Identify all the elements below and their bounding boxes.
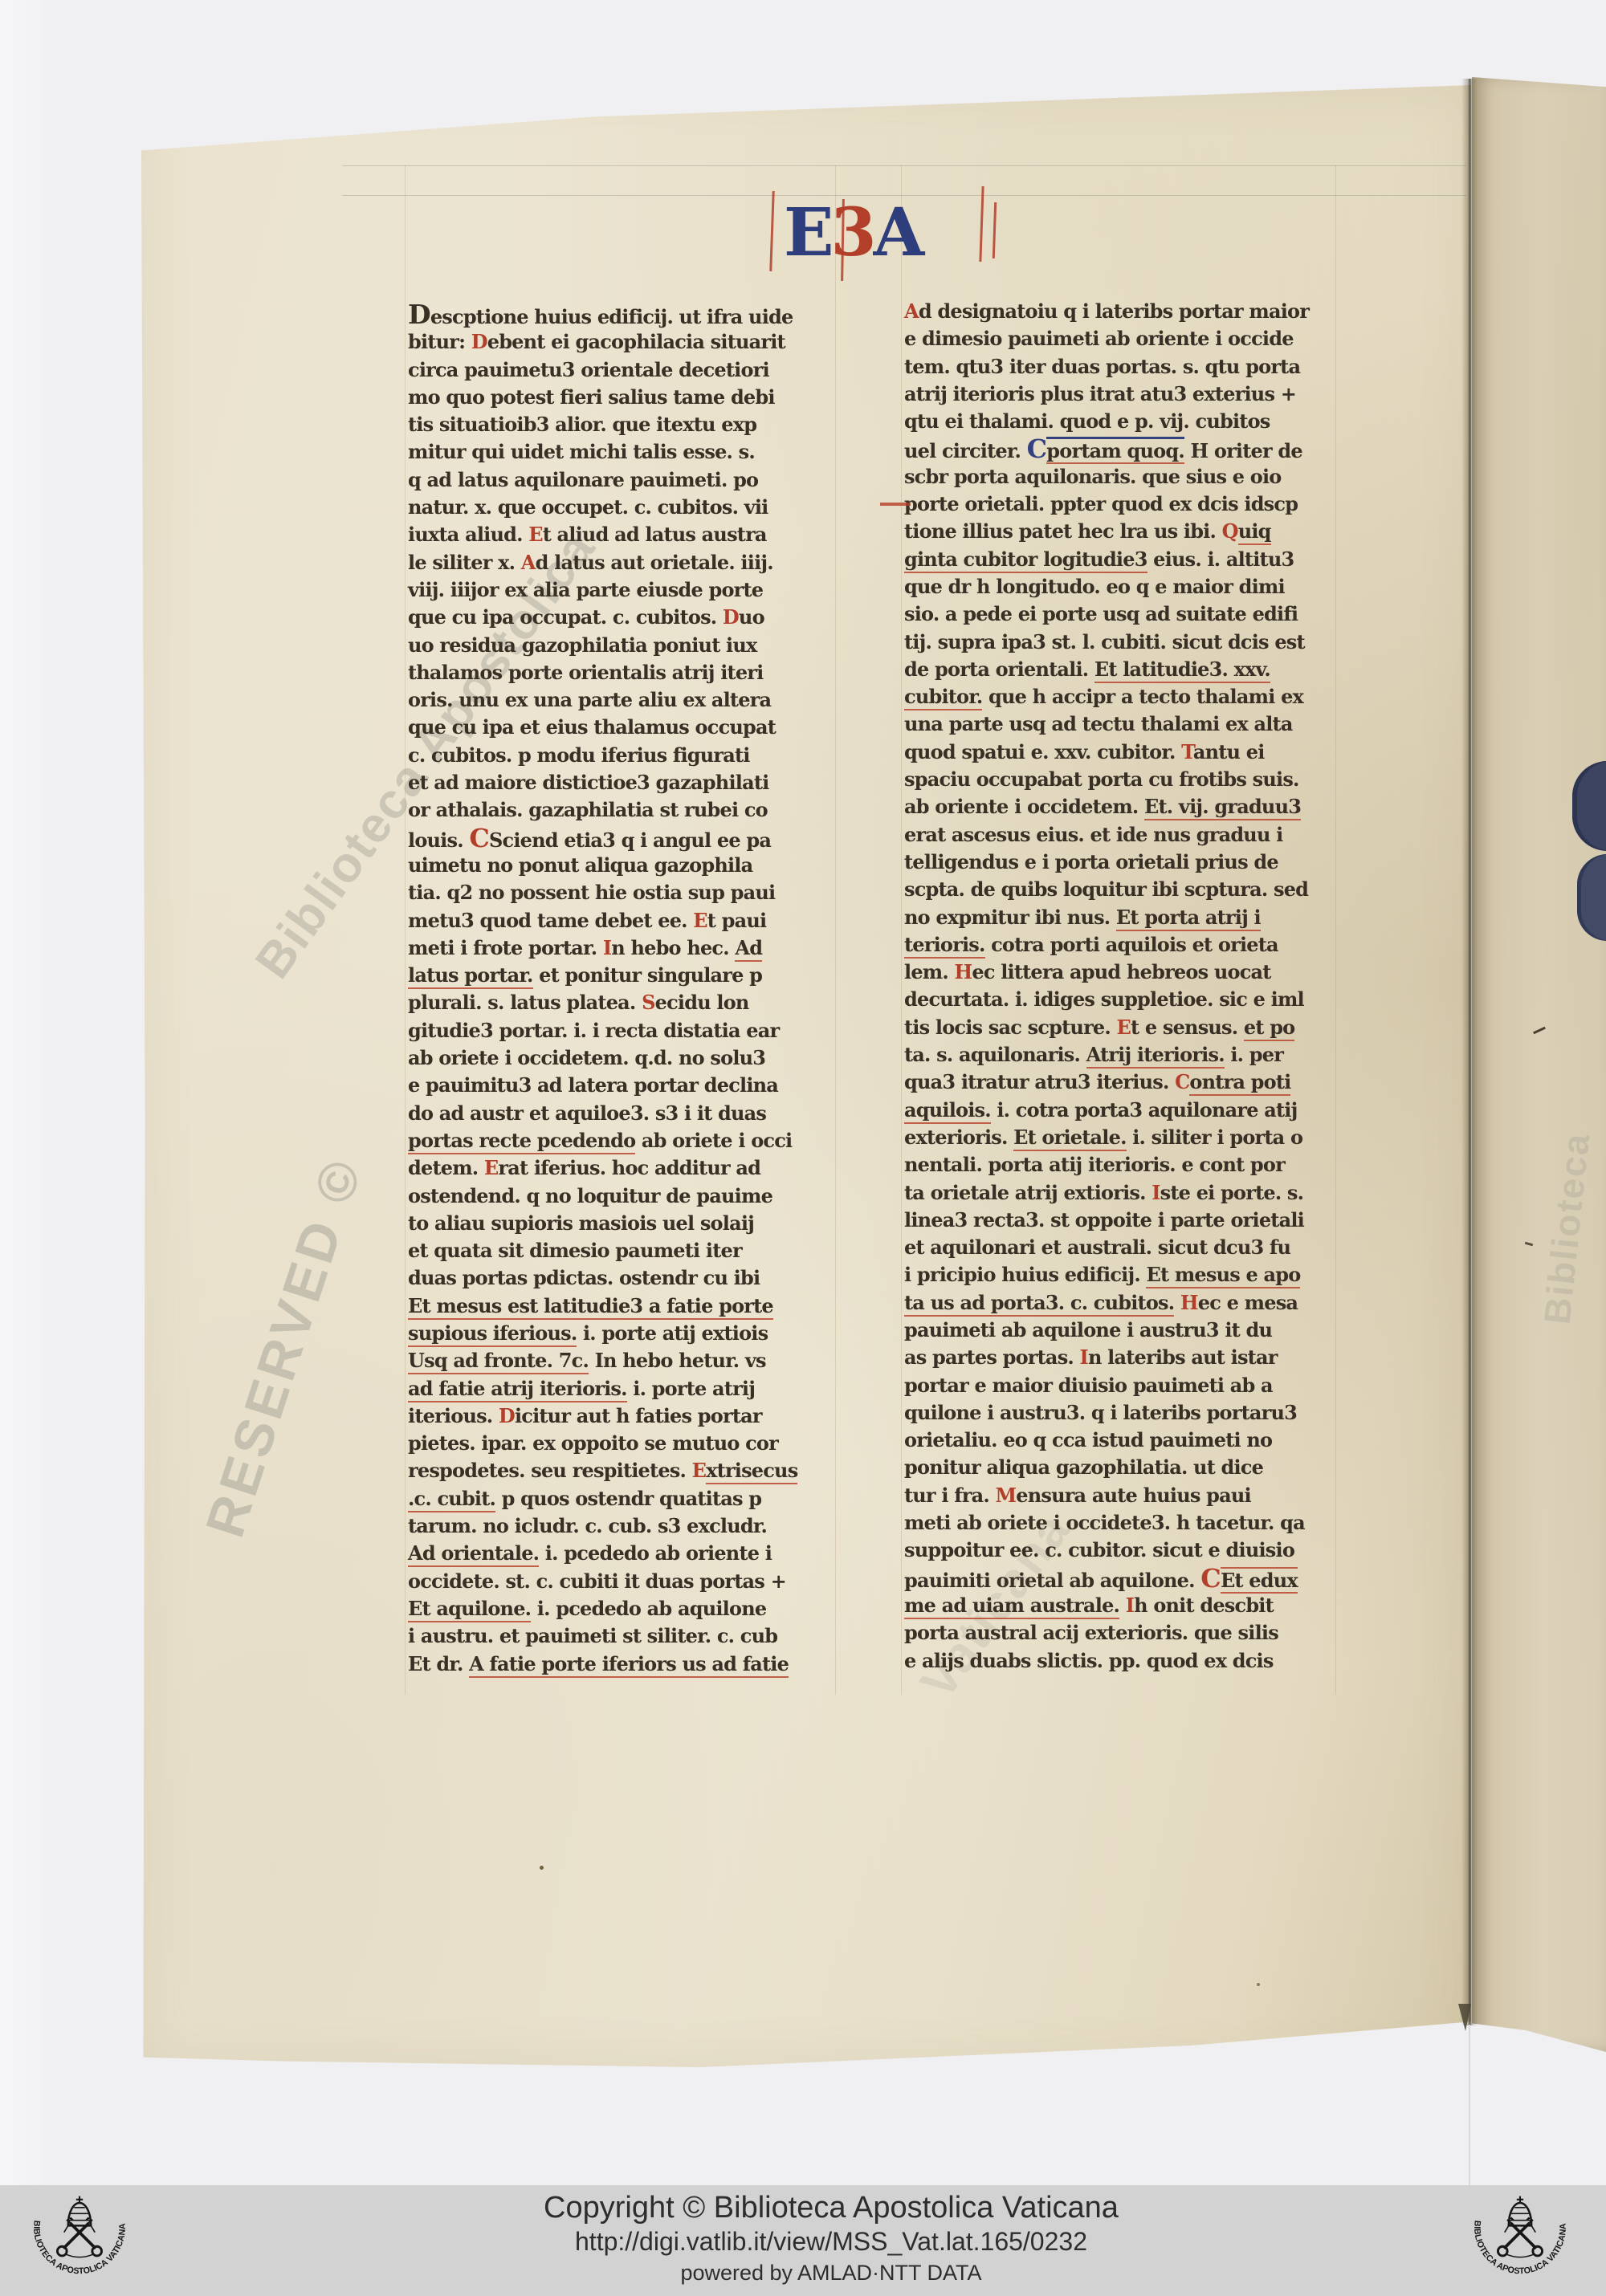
manuscript-text-segment: pauimeti ab aquilone i austru3 it du xyxy=(904,1318,1272,1341)
manuscript-text-segment: i. pcededo ab oriente i xyxy=(539,1541,772,1565)
manuscript-line: or athalais. gazaphilatia st rubei co xyxy=(408,796,834,824)
manuscript-line: que cu ipa et eius thalamus occupat xyxy=(408,714,834,741)
decorated-initial-fragment xyxy=(1577,854,1606,941)
manuscript-page: RESERVED © Biblioteca Apostolica Vatican… xyxy=(141,85,1471,2067)
manuscript-text-segment: lem. xyxy=(904,960,955,983)
manuscript-text-segment: circa pauimetu3 orientale decetiori xyxy=(408,358,769,381)
manuscript-text-segment: Et mesus e apo xyxy=(1146,1263,1300,1288)
manuscript-text-segment: I xyxy=(603,936,611,959)
manuscript-text-segment: Et porta atrij i xyxy=(1116,906,1261,931)
manuscript-text-segment: et quata sit dimesio paumeti iter xyxy=(408,1239,742,1262)
manuscript-text-segment xyxy=(1119,1594,1126,1617)
manuscript-text-segment: e dimesio pauimeti ab oriente i occide xyxy=(904,327,1294,350)
manuscript-text-segment: A xyxy=(521,551,536,574)
manuscript-line: ostendend. q no loquitur de pauime xyxy=(408,1183,834,1210)
manuscript-line: as partes portas. In lateribs aut istar xyxy=(904,1344,1338,1371)
manuscript-text-segment: Usq ad fronte. 7c. xyxy=(408,1349,589,1374)
manuscript-text-segment: antu ei xyxy=(1193,740,1265,763)
manuscript-line: et quata sit dimesio paumeti iter xyxy=(408,1237,834,1264)
manuscript-text-segment: icitur aut h faties portar xyxy=(515,1404,762,1427)
ornament-letter: A xyxy=(874,197,922,268)
manuscript-text-segment: Ad xyxy=(735,936,762,962)
manuscript-text-segment: plurali. s. latus platea. xyxy=(408,991,642,1014)
manuscript-line: et ad maiore distictioe3 gazaphilati xyxy=(408,769,834,796)
manuscript-text-segment: thalamos porte orientalis atrij iteri xyxy=(408,661,763,684)
manuscript-text-segment: viij. iiijor ex alia parte eiusde porte xyxy=(408,578,763,601)
manuscript-text-segment: orietaliu. eo q cca istud pauimeti no xyxy=(904,1428,1272,1451)
manuscript-text-segment: as partes portas. xyxy=(904,1345,1080,1369)
manuscript-text-segment: de porta orientali. xyxy=(904,657,1094,681)
manuscript-text-segment: porta austral acij exterioris. que silis xyxy=(904,1621,1278,1644)
manuscript-line: q ad latus aquilonare pauimeti. po xyxy=(408,466,834,494)
manuscript-line: tur i fra. Mensura aute huius paui xyxy=(904,1482,1338,1509)
manuscript-column-left: Descptione huius edificij. ut ifra uideb… xyxy=(408,301,834,1678)
manuscript-text-segment: C xyxy=(1175,1070,1189,1093)
manuscript-text-segment: oris. unu ex una parte aliu ex altera xyxy=(408,688,771,711)
manuscript-text-segment: linea3 recta3. st oppoite i parte orieta… xyxy=(904,1208,1304,1231)
manuscript-line: uimetu no ponut aliqua gazophila xyxy=(408,852,834,879)
manuscript-text-segment: i. per xyxy=(1225,1043,1283,1066)
manuscript-line: bitur: Debent ei gacophilacia situarit xyxy=(408,328,834,356)
manuscript-text-segment: aquilois. xyxy=(904,1098,991,1124)
manuscript-text-segment: S xyxy=(642,991,655,1014)
manuscript-text-segment: tem. qtu3 iter duas portas. s. qtu porta xyxy=(904,355,1300,378)
ornament-letter: E xyxy=(784,197,831,268)
manuscript-line: exterioris. Et orietale. i. siliter i po… xyxy=(904,1124,1338,1151)
manuscript-text-segment: iuxta aliud. xyxy=(408,523,528,546)
manuscript-text-segment: uel circiter. xyxy=(904,439,1027,462)
manuscript-line: qtu ei thalami. quod e p. vij. cubitos xyxy=(904,408,1338,435)
manuscript-text-segment: .c. cubit. xyxy=(408,1487,495,1512)
manuscript-line: e dimesio pauimeti ab oriente i occide xyxy=(904,325,1338,352)
manuscript-line: Et dr. A fatie porte iferiors us ad fati… xyxy=(408,1651,834,1678)
manuscript-line: Ad orientale. i. pcededo ab oriente i xyxy=(408,1540,834,1567)
manuscript-line: oris. unu ex una parte aliu ex altera xyxy=(408,686,834,714)
manuscript-line: detem. Erat iferius. hoc additur ad xyxy=(408,1154,834,1182)
parchment-speck xyxy=(540,1866,544,1870)
penwork-flourish xyxy=(993,202,997,259)
vatican-library-emblem-right: BIBLIOTECA APOSTOLICA VATICANA xyxy=(1463,2189,1577,2294)
manuscript-text-segment: A fatie porte iferiors us ad fatie xyxy=(469,1652,789,1678)
manuscript-line: louis. CSciend etia3 q i angul ee pa xyxy=(408,824,834,852)
manuscript-text-segment: et ponitur singulare p xyxy=(533,963,763,987)
manuscript-text-segment: ab oriente i occidetem. xyxy=(904,795,1144,818)
manuscript-line: ta. s. aquilonaris. Atrij iterioris. i. … xyxy=(904,1041,1338,1069)
manuscript-text-segment: et aquilonari et australi. sicut dcu3 fu xyxy=(904,1236,1290,1259)
manuscript-text-segment: portam quoq. xyxy=(1046,437,1184,464)
manuscript-line: et aquilonari et australi. sicut dcu3 fu xyxy=(904,1234,1338,1261)
manuscript-text-segment: tis situatioib3 alior. que itextu exp xyxy=(408,413,756,436)
manuscript-line: porte orietali. ppter quod ex dcis idscp xyxy=(904,491,1338,518)
manuscript-line: suppoitur ee. c. cubitor. sicut e diuisi… xyxy=(904,1537,1338,1564)
manuscript-text-segment: metu3 quod tame debet ee. xyxy=(408,909,693,932)
manuscript-line: iuxta aliud. Et aliud ad latus austra xyxy=(408,521,834,548)
manuscript-line: Et mesus est latitudie3 a fatie porte xyxy=(408,1293,834,1320)
emblem-arc-text: BIBLIOTECA APOSTOLICA VATICANA xyxy=(1472,2220,1568,2276)
manuscript-line: tia. q2 no possent hie ostia sup paui xyxy=(408,879,834,906)
manuscript-text-segment: portas recte pcedendo xyxy=(408,1129,635,1154)
manuscript-line: .c. cubit. p quos ostendr quatitas p xyxy=(408,1485,834,1512)
manuscript-text-segment: e pauimitu3 ad latera portar declina xyxy=(408,1073,778,1097)
manuscript-text-segment: i austru. et pauimeti st siliter. c. cub xyxy=(408,1624,777,1647)
manuscript-line: una parte usq ad tectu thalami ex alta xyxy=(904,710,1338,738)
manuscript-text-segment: E xyxy=(693,909,707,932)
manuscript-text-segment: C xyxy=(1200,1563,1221,1594)
manuscript-line: i pricipio huius edificij. Et mesus e ap… xyxy=(904,1261,1338,1288)
manuscript-text-segment: ab oriete i occidetem. q.d. no solu3 xyxy=(408,1046,765,1069)
manuscript-text-segment: pietes. ipar. ex oppoito se mutuo cor xyxy=(408,1431,778,1455)
manuscript-text-segment: et po xyxy=(1244,1016,1295,1041)
manuscript-text-segment: or athalais. gazaphilatia st rubei co xyxy=(408,798,768,821)
manuscript-line: le siliter x. Ad latus aut orietale. iii… xyxy=(408,549,834,576)
manuscript-text-segment: louis. xyxy=(408,828,469,852)
manuscript-text-segment: bitur: xyxy=(408,330,471,353)
manuscript-text-segment: T xyxy=(1181,740,1193,763)
manuscript-line: ab oriete i occidetem. q.d. no solu3 xyxy=(408,1044,834,1072)
copyright-footer-bar: Copyright © Biblioteca Apostolica Vatica… xyxy=(0,2185,1606,2296)
manuscript-text-segment: scbr porta aquilonaris. que sius e oio xyxy=(904,465,1282,488)
manuscript-line: latus portar. et ponitur singulare p xyxy=(408,962,834,989)
manuscript-line: supious iferious. i. porte atij extiois xyxy=(408,1320,834,1347)
manuscript-line: mitur qui uidet michi talis esse. s. xyxy=(408,438,834,466)
scanner-background-strip xyxy=(0,0,47,2185)
manuscript-text-segment: ostendend. q no loquitur de pauime xyxy=(408,1184,772,1207)
manuscript-text-segment: tarum. no icludr. c. cub. s3 excludr. xyxy=(408,1514,767,1537)
manuscript-text-segment: tione illius patet hec lra us ibi. xyxy=(904,519,1222,543)
penwork-flourish xyxy=(979,186,984,262)
manuscript-line: ginta cubitor logitudie3 eius. i. altitu… xyxy=(904,546,1338,573)
manuscript-text-segment: E xyxy=(692,1459,707,1482)
manuscript-line: viij. iiijor ex alia parte eiusde porte xyxy=(408,576,834,604)
papal-keys-tiara-icon xyxy=(1498,2196,1542,2257)
manuscript-line: linea3 recta3. st oppoite i parte orieta… xyxy=(904,1207,1338,1234)
manuscript-text-segment: meti ab oriete i occidete3. h tacetur. q… xyxy=(904,1511,1305,1534)
manuscript-line: ta us ad porta3. c. cubitos. Hec e mesa xyxy=(904,1289,1338,1317)
manuscript-line: plurali. s. latus platea. Secidu lon xyxy=(408,989,834,1016)
manuscript-text-segment: E xyxy=(528,523,543,546)
manuscript-text-segment: et ad maiore distictioe3 gazaphilati xyxy=(408,771,768,794)
manuscript-text-segment: M xyxy=(995,1484,1016,1507)
manuscript-line: gitudie3 portar. i. i recta distatia ear xyxy=(408,1017,834,1044)
manuscript-line: Descptione huius edificij. ut ifra uide xyxy=(408,301,834,328)
manuscript-line: c. cubitos. p modu iferius figurati xyxy=(408,742,834,769)
manuscript-text-segment: D xyxy=(471,330,487,353)
manuscript-line: scbr porta aquilonaris. que sius e oio xyxy=(904,463,1338,491)
manuscript-text-segment: exterioris. xyxy=(904,1126,1013,1149)
manuscript-text-segment: meti i frote portar. xyxy=(408,936,603,959)
manuscript-line: tem. qtu3 iter duas portas. s. qtu porta xyxy=(904,353,1338,381)
manuscript-line: de porta orientali. Et latitudie3. xxv. xyxy=(904,656,1338,683)
manuscript-text-segment: ta. s. aquilonaris. xyxy=(904,1043,1086,1066)
manuscript-text-segment: decurtata. i. idiges suppletioe. sic e i… xyxy=(904,987,1304,1011)
manuscript-line: ponitur aliqua gazophilatia. ut dice xyxy=(904,1454,1338,1481)
manuscript-line: meti i frote portar. In hebo hec. Ad xyxy=(408,934,834,962)
manuscript-text-segment: escptione huius edificij. ut ifra uide xyxy=(430,305,793,328)
manuscript-text-segment: E xyxy=(1117,1016,1131,1039)
manuscript-text-segment: do ad austr et aquiloe3. s3 i it duas xyxy=(408,1101,766,1125)
manuscript-text-segment: ontra poti xyxy=(1189,1070,1290,1096)
manuscript-text-segment: qtu ei thalami. quod e p. vij. cubitos xyxy=(904,409,1270,433)
manuscript-text-segment: Et orietale. xyxy=(1013,1126,1127,1151)
footer-powered-by: powered by AMLAD·NTT DATA xyxy=(56,2257,1606,2288)
manuscript-text-segment: portar e maior diuisio pauimeti ab a xyxy=(904,1374,1273,1397)
emblem-arc-text: BIBLIOTECA APOSTOLICA VATICANA xyxy=(31,2220,128,2276)
manuscript-text-segment: I xyxy=(1152,1181,1160,1204)
manuscript-text-segment: uimetu no ponut aliqua gazophila xyxy=(408,853,752,877)
manuscript-text-segment: porte orietali. ppter quod ex dcis idscp xyxy=(904,492,1298,515)
manuscript-text-segment: i. cotra porta3 aquilonare atij xyxy=(991,1098,1298,1122)
manuscript-text-segment: sio. a pede ei porte usq ad suitate edif… xyxy=(904,602,1298,625)
manuscript-line: me ad uiam australe. Ih onit descbit xyxy=(904,1592,1338,1619)
manuscript-line: aquilois. i. cotra porta3 aquilonare ati… xyxy=(904,1097,1338,1124)
footer-text-block: Copyright © Biblioteca Apostolica Vatica… xyxy=(56,2190,1606,2288)
manuscript-text-segment: d latus aut orietale. iiij. xyxy=(536,551,773,574)
manuscript-text-segment: D xyxy=(723,605,739,629)
manuscript-text-segment: A xyxy=(904,299,919,323)
manuscript-text-segment: ecidu lon xyxy=(655,991,749,1014)
manuscript-text-segment: telligendus e i porta orietali prius de xyxy=(904,850,1278,873)
ink-mark xyxy=(1525,1242,1533,1246)
manuscript-text-segment: C xyxy=(469,823,489,853)
manuscript-line: sio. a pede ei porte usq ad suitate edif… xyxy=(904,600,1338,628)
manuscript-text-segment: occidete. st. c. cubiti it duas portas + xyxy=(408,1569,786,1593)
manuscript-text-segment: i. porte atrij xyxy=(627,1377,755,1400)
manuscript-text-segment: Et aquilone. xyxy=(408,1597,531,1622)
parchment-speck xyxy=(1257,1983,1260,1986)
manuscript-text-segment: rat iferius. hoc additur ad xyxy=(498,1156,760,1179)
penwork-flourish xyxy=(769,191,774,271)
manuscript-line: Et aquilone. i. pcededo ab aquilone xyxy=(408,1595,834,1622)
manuscript-text-segment: tia. q2 no possent hie ostia sup paui xyxy=(408,881,775,904)
manuscript-text-segment: I xyxy=(1080,1345,1088,1369)
manuscript-line: nentali. porta atij iterioris. e cont po… xyxy=(904,1151,1338,1179)
manuscript-text-segment: Et dr. xyxy=(408,1652,469,1675)
ruling-line-vertical xyxy=(901,165,902,1695)
manuscript-line: Ad designatoiu q i lateribs portar maior xyxy=(904,298,1338,325)
manuscript-line: decurtata. i. idiges suppletioe. sic e i… xyxy=(904,986,1338,1013)
manuscript-text-segment: terioris. xyxy=(904,933,985,959)
manuscript-line: thalamos porte orientalis atrij iteri xyxy=(408,659,834,686)
manuscript-text-segment: c. cubitos. p modu iferius figurati xyxy=(408,743,750,767)
manuscript-text-segment: D xyxy=(499,1404,515,1427)
manuscript-line: que dr h longitudo. eo q e maior dimi xyxy=(904,573,1338,600)
manuscript-line: tarum. no icludr. c. cub. s3 excludr. xyxy=(408,1512,834,1540)
manuscript-text-segment: ta us ad porta3. c. cubitos. xyxy=(904,1291,1174,1317)
manuscript-line: spaciu occupabat porta cu frotibs suis. xyxy=(904,766,1338,793)
manuscript-text-segment: que dr h longitudo. eo q e maior dimi xyxy=(904,575,1285,598)
manuscript-line: to aliau supioris masiois uel solaij xyxy=(408,1210,834,1237)
manuscript-column-right: Ad designatoiu q i lateribs portar maior… xyxy=(904,298,1338,1675)
manuscript-text-segment: H xyxy=(955,960,972,983)
manuscript-text-segment: tur i fra. xyxy=(904,1484,995,1507)
manuscript-text-segment: quod spatui e. xxv. cubitor. xyxy=(904,740,1181,763)
manuscript-text-segment: ta orietale atrij extioris. xyxy=(904,1181,1152,1204)
manuscript-text-segment: mo quo potest fieri salius tame debi xyxy=(408,385,775,409)
manuscript-text-segment: ec littera apud hebreos uocat xyxy=(972,960,1270,983)
manuscript-line: scpta. de quibs loquitur ibi scptura. se… xyxy=(904,876,1338,903)
manuscript-text-segment: spaciu occupabat porta cu frotibs suis. xyxy=(904,767,1299,791)
margin-rubric-tick xyxy=(880,503,911,506)
manuscript-text-segment: atrij iterioris plus itrat atu3 exterius… xyxy=(904,382,1296,405)
manuscript-text-segment: nentali. porta atij iterioris. e cont po… xyxy=(904,1153,1285,1176)
manuscript-text-segment: H oriter de xyxy=(1184,439,1302,462)
manuscript-text-segment: supious iferious. xyxy=(408,1321,577,1347)
manuscript-line: do ad austr et aquiloe3. s3 i it duas xyxy=(408,1100,834,1127)
manuscript-line: mo quo potest fieri salius tame debi xyxy=(408,384,834,411)
manuscript-line: orietaliu. eo q cca istud pauimeti no xyxy=(904,1427,1338,1454)
manuscript-text-segment: tij. supra ipa3 st. l. cubiti. sicut dci… xyxy=(904,630,1305,653)
manuscript-text-segment: duas portas pdictas. ostendr cu ibi xyxy=(408,1266,760,1289)
manuscript-text-segment: n lateribs aut istar xyxy=(1088,1345,1278,1369)
manuscript-text-segment: ebent ei gacophilacia situarit xyxy=(487,330,785,353)
manuscript-text-segment: scpta. de quibs loquitur ibi scptura. se… xyxy=(904,877,1308,901)
facing-page-edge: Biblioteca xyxy=(1472,77,1606,2052)
manuscript-line: ab oriente i occidetem. Et. vij. graduu3 xyxy=(904,793,1338,820)
manuscript-text-segment: e alijs duabs slictis. pp. quod ex dcis xyxy=(904,1649,1274,1672)
manuscript-text-segment: t aliud ad latus austra xyxy=(543,523,767,546)
manuscript-line: tione illius patet hec lra us ibi. Quiq xyxy=(904,518,1338,545)
footer-copyright: Copyright © Biblioteca Apostolica Vatica… xyxy=(56,2190,1606,2225)
papal-keys-tiara-icon xyxy=(57,2196,101,2257)
manuscript-text-segment: Et latitudie3. xxv. xyxy=(1094,657,1270,683)
manuscript-text-segment: que h accipr a tecto thalami ex xyxy=(982,685,1303,708)
manuscript-text-segment: d designatoiu q i lateribs portar maior xyxy=(919,299,1309,323)
manuscript-text-segment: t e sensus. xyxy=(1131,1016,1244,1039)
manuscript-line: i austru. et pauimeti st siliter. c. cub xyxy=(408,1622,834,1650)
manuscript-text-segment: eius. i. altitu3 xyxy=(1147,548,1294,571)
manuscript-text-segment: In hebo hetur. vs xyxy=(589,1349,766,1372)
manuscript-text-segment: mitur qui uidet michi talis esse. s. xyxy=(408,440,755,463)
manuscript-text-segment: I xyxy=(1126,1594,1134,1617)
footer-url: http://digi.vatlib.it/view/MSS_Vat.lat.1… xyxy=(56,2225,1606,2257)
manuscript-text-segment: cotra porti aquilois et orieta xyxy=(985,933,1278,956)
manuscript-text-segment: xtrisecus xyxy=(706,1459,797,1484)
manuscript-line: Usq ad fronte. 7c. In hebo hetur. vs xyxy=(408,1347,834,1374)
manuscript-text-segment: uo xyxy=(739,605,764,629)
manuscript-line: tij. supra ipa3 st. l. cubiti. sicut dci… xyxy=(904,629,1338,656)
manuscript-line: qua3 itratur atru3 iterius. Contra poti xyxy=(904,1069,1338,1096)
manuscript-line: tis locis sac scpture. Et e sensus. et p… xyxy=(904,1014,1338,1041)
manuscript-text-segment: i. porte atij extiois xyxy=(577,1321,768,1345)
manuscript-text-segment: i pricipio huius edificij. xyxy=(904,1263,1146,1286)
manuscript-text-segment: gitudie3 portar. i. i recta distatia ear xyxy=(408,1019,779,1042)
manuscript-line: pauimiti orietal ab aquilone. CEt edux xyxy=(904,1565,1338,1592)
manuscript-text-segment: h onit descbit xyxy=(1134,1594,1274,1617)
manuscript-text-segment: que cu ipa et eius thalamus occupat xyxy=(408,715,776,739)
manuscript-line: occidete. st. c. cubiti it duas portas + xyxy=(408,1568,834,1595)
manuscript-text-segment: pauimiti orietal ab aquilone. xyxy=(904,1569,1200,1592)
manuscript-text-segment: Sciend etia3 q i angul ee pa xyxy=(489,828,771,852)
watermark-right-page: Biblioteca xyxy=(1535,1130,1599,1326)
manuscript-text-segment: ensura aute huius paui xyxy=(1016,1484,1251,1507)
manuscript-line: cubitor. que h accipr a tecto thalami ex xyxy=(904,683,1338,710)
manuscript-text-segment: Et edux xyxy=(1221,1567,1298,1594)
manuscript-line: terioris. cotra porti aquilois et orieta xyxy=(904,931,1338,959)
ruling-line-horizontal xyxy=(342,165,1466,166)
manuscript-text-segment: to aliau supioris masiois uel solaij xyxy=(408,1211,754,1235)
manuscript-text-segment: D xyxy=(408,299,430,330)
manuscript-line: metu3 quod tame debet ee. Et paui xyxy=(408,907,834,934)
manuscript-line: ad fatie atrij iterioris. i. porte atrij xyxy=(408,1375,834,1402)
manuscript-text-segment: Ad orientale. xyxy=(408,1541,539,1567)
manuscript-text-segment: p quos ostendr quatitas p xyxy=(495,1487,761,1510)
manuscript-text-segment: C xyxy=(1027,434,1047,464)
manuscript-line: quilone i austru3. q i lateribs portaru3 xyxy=(904,1399,1338,1427)
manuscript-line: duas portas pdictas. ostendr cu ibi xyxy=(408,1264,834,1292)
manuscript-text-segment: ad fatie atrij iterioris. xyxy=(408,1377,627,1402)
manuscript-line: erat ascesus eius. et ide nus graduu i xyxy=(904,821,1338,849)
manuscript-line: quod spatui e. xxv. cubitor. Tantu ei xyxy=(904,739,1338,766)
manuscript-text-segment: que cu ipa occupat. c. cubitos. xyxy=(408,605,723,629)
watermark-reserved: RESERVED © xyxy=(194,1150,375,1545)
manuscript-line: portas recte pcedendo ab oriete i occi xyxy=(408,1127,834,1154)
manuscript-text-segment: le siliter x. xyxy=(408,551,521,574)
manuscript-text-segment: latus portar. xyxy=(408,963,533,989)
manuscript-line: tis situatioib3 alior. que itextu exp xyxy=(408,411,834,438)
manuscript-text-segment: q ad latus aquilonare pauimeti. po xyxy=(408,468,758,491)
manuscript-line: respodetes. seu respitietes. Extrisecus xyxy=(408,1457,834,1484)
manuscript-text-segment: respodetes. seu respitietes. xyxy=(408,1459,692,1482)
manuscript-text-segment: n hebo hec. xyxy=(611,936,735,959)
vatican-library-emblem-left: BIBLIOTECA APOSTOLICA VATICANA xyxy=(22,2189,137,2294)
manuscript-text-segment: qua3 itratur atru3 iterius. xyxy=(904,1070,1175,1093)
gutter-crease-line xyxy=(1469,2025,1470,2185)
ornament-letter: 3 xyxy=(831,197,874,268)
manuscript-text-segment: ginta cubitor logitudie3 xyxy=(904,548,1147,573)
manuscript-text-segment: ponitur aliqua gazophilatia. ut dice xyxy=(904,1455,1263,1479)
manuscript-line: circa pauimetu3 orientale decetiori xyxy=(408,356,834,384)
manuscript-line: no expmitur ibi nus. Et porta atrij i xyxy=(904,904,1338,931)
running-title-ornament: E 3 A xyxy=(784,197,968,286)
decorated-initial-fragment xyxy=(1572,761,1606,851)
ink-mark xyxy=(1533,1027,1546,1034)
manuscript-text-segment: me ad uiam australe. xyxy=(904,1594,1119,1619)
manuscript-line: pauimeti ab aquilone i austru3 it du xyxy=(904,1317,1338,1344)
manuscript-text-segment: ec e mesa xyxy=(1198,1291,1298,1314)
manuscript-text-segment: erat ascesus eius. et ide nus graduu i xyxy=(904,823,1282,846)
manuscript-line: lem. Hec littera apud hebreos uocat xyxy=(904,959,1338,986)
manuscript-line: meti ab oriete i occidete3. h tacetur. q… xyxy=(904,1509,1338,1537)
manuscript-text-segment: quilone i austru3. q i lateribs portaru3 xyxy=(904,1401,1297,1424)
manuscript-line: atrij iterioris plus itrat atu3 exterius… xyxy=(904,381,1338,408)
manuscript-text-segment: Et. vij. graduu3 xyxy=(1144,795,1301,820)
manuscript-line: porta austral acij exterioris. que silis xyxy=(904,1619,1338,1647)
manuscript-text-segment: tis locis sac scpture. xyxy=(904,1016,1117,1039)
manuscript-text-segment: no expmitur ibi nus. xyxy=(904,906,1116,929)
manuscript-line: portar e maior diuisio pauimeti ab a xyxy=(904,1372,1338,1399)
manuscript-text-segment: uo residua gazophilatia poniut iux xyxy=(408,633,757,657)
manuscript-line: telligendus e i porta orietali prius de xyxy=(904,849,1338,876)
manuscript-line: pietes. ipar. ex oppoito se mutuo cor xyxy=(408,1430,834,1457)
manuscript-text-segment: i. siliter i porta o xyxy=(1127,1126,1303,1149)
manuscript-line: e pauimitu3 ad latera portar declina xyxy=(408,1072,834,1099)
manuscript-text-segment: H xyxy=(1180,1291,1198,1314)
manuscript-text-segment: Atrij iterioris. xyxy=(1086,1043,1225,1069)
manuscript-text-segment: una parte usq ad tectu thalami ex alta xyxy=(904,712,1293,735)
manuscript-text-segment: ab oriete i occi xyxy=(635,1129,792,1152)
manuscript-text-segment: ste ei porte. s. xyxy=(1160,1181,1304,1204)
ruling-line-vertical xyxy=(405,165,406,1695)
manuscript-text-segment: t paui xyxy=(707,909,767,932)
manuscript-text-segment xyxy=(1174,1291,1180,1314)
manuscript-text-segment: cubitor. xyxy=(904,685,982,710)
manuscript-text-segment: natur. x. que occupet. c. cubitos. vii xyxy=(408,495,768,519)
manuscript-text-segment: iterious. xyxy=(408,1404,499,1427)
manuscript-text-segment: detem. xyxy=(408,1156,484,1179)
manuscript-text-segment: Et mesus est latitudie3 a fatie porte xyxy=(408,1294,773,1320)
manuscript-line: natur. x. que occupet. c. cubitos. vii xyxy=(408,494,834,521)
manuscript-text-segment: suppoitur ee. c. cubitor. sicut e diuisi… xyxy=(904,1538,1294,1561)
